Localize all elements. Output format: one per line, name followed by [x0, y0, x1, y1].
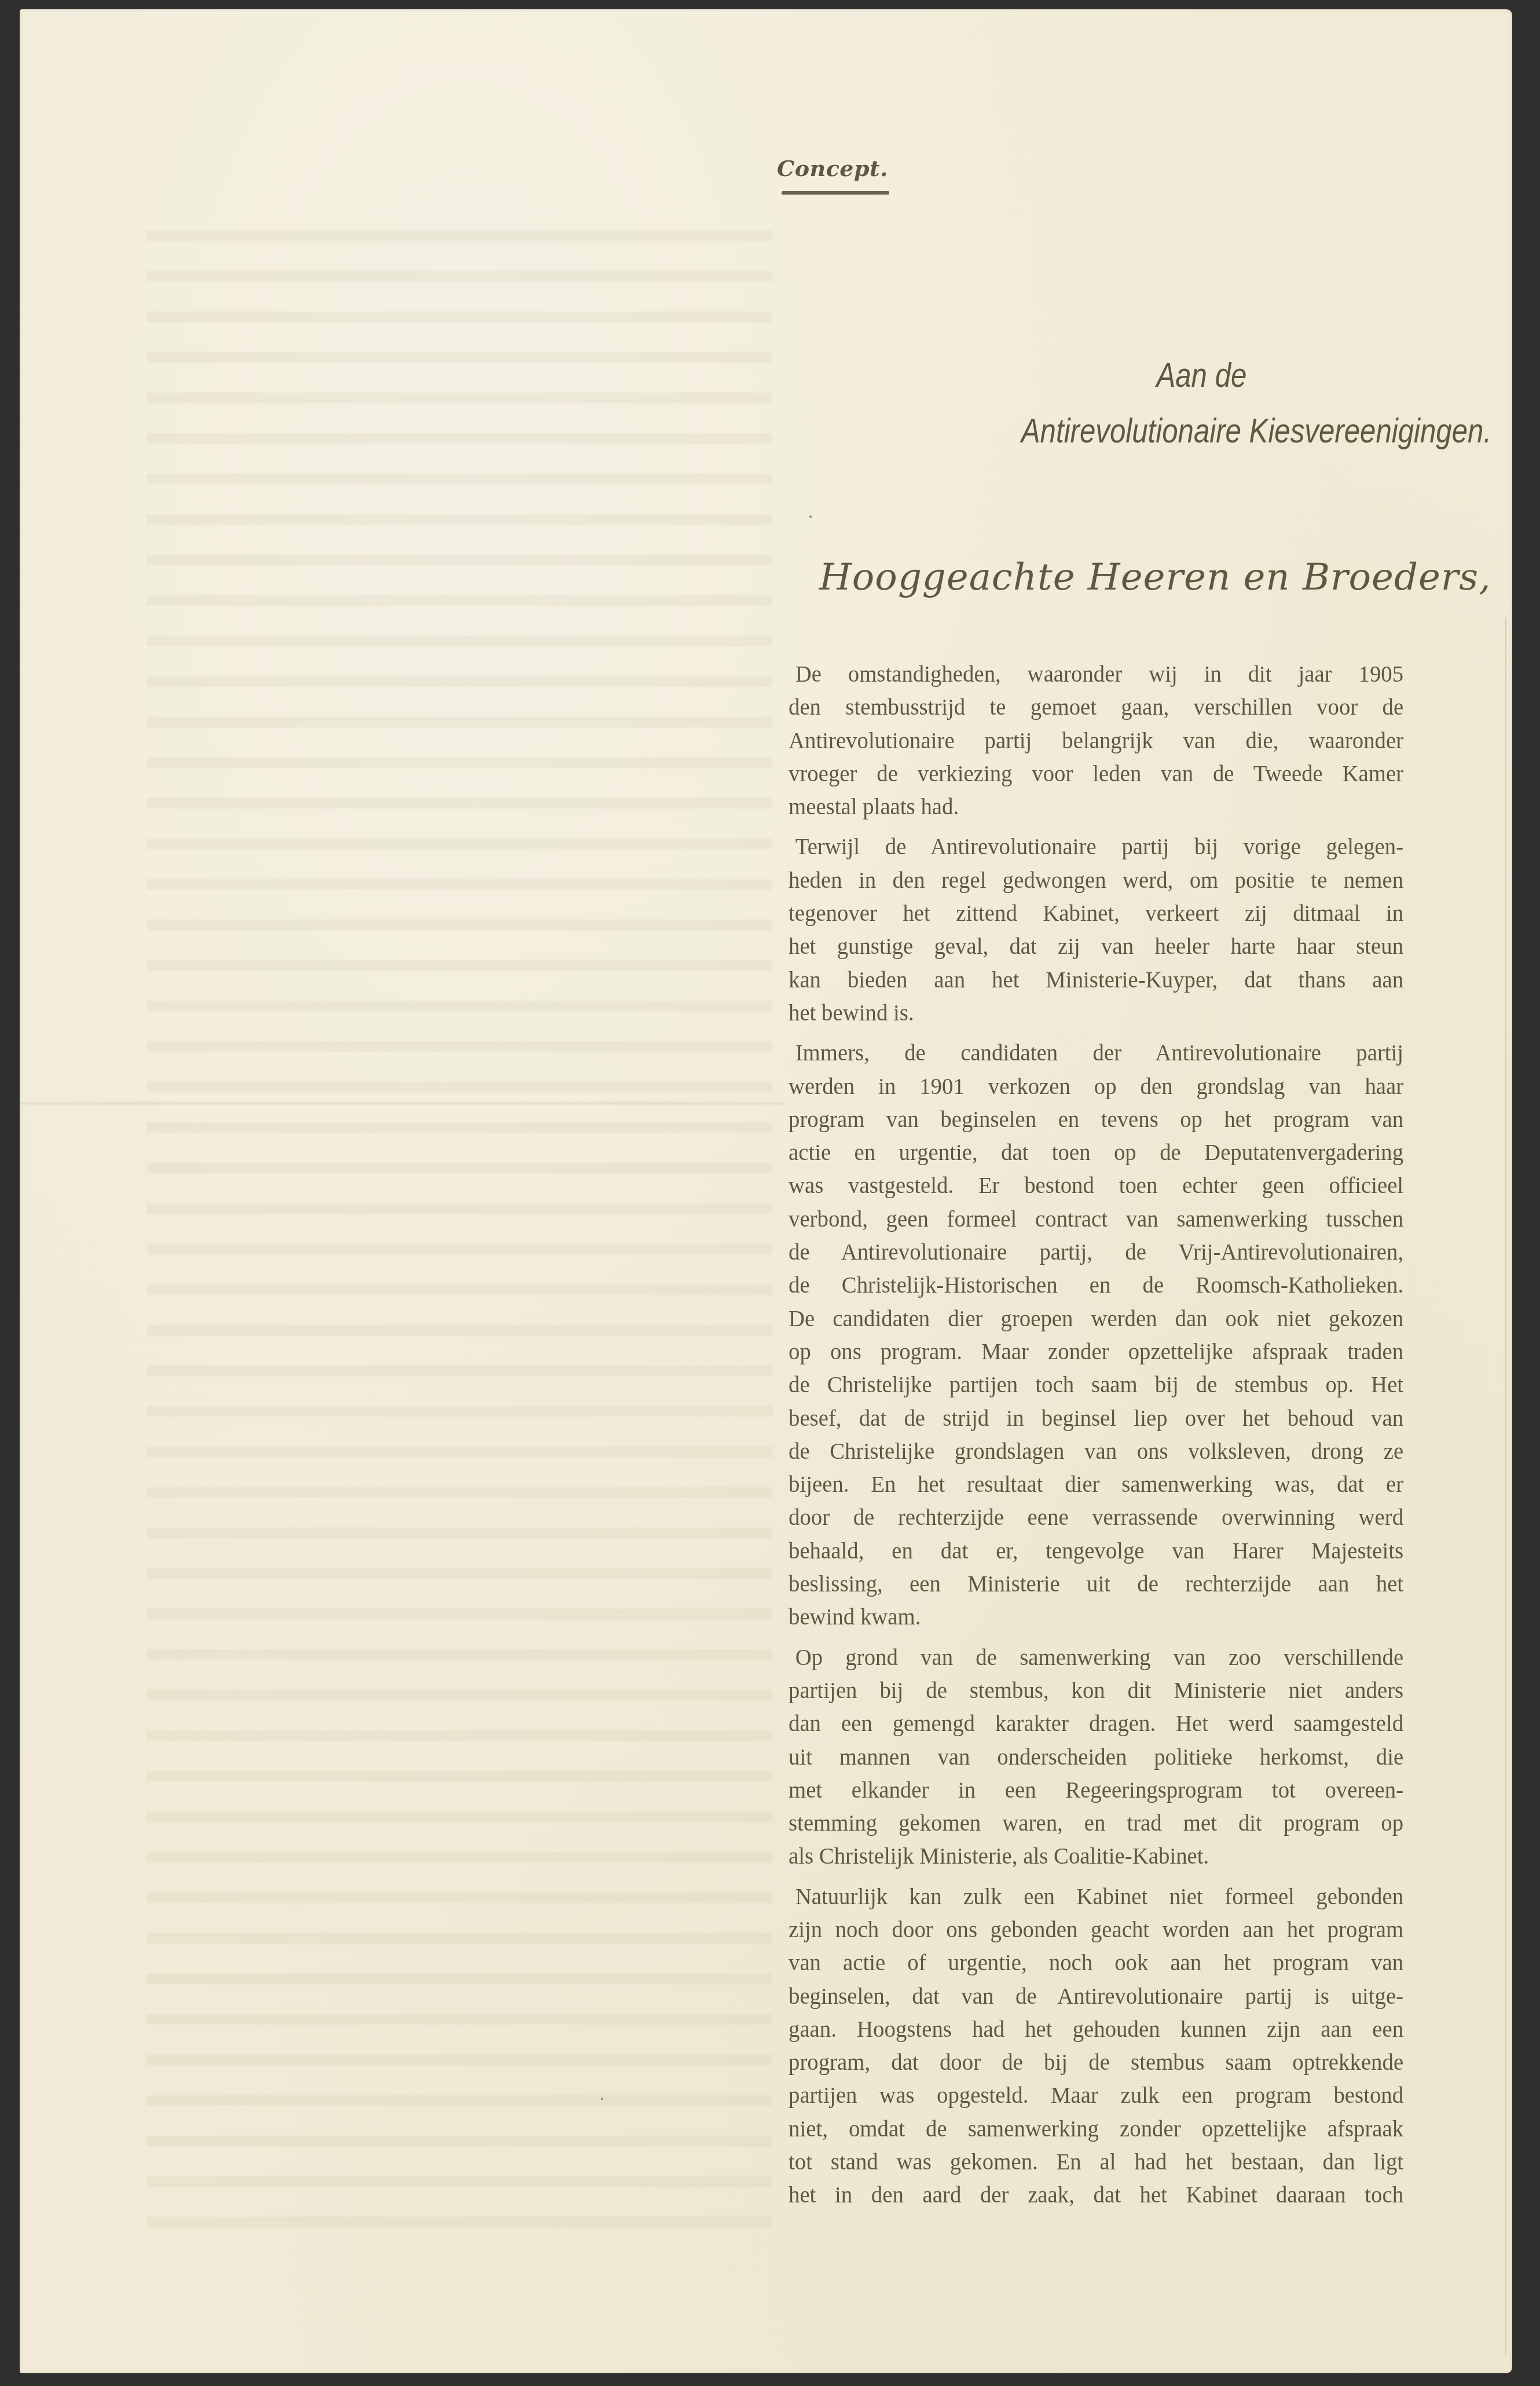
text-line: Op grond van de samenwerking van zoo ver…	[789, 1641, 1403, 1674]
text-line: behaald, en dat er, tengevolge van Harer…	[789, 1534, 1403, 1567]
paragraph: Terwijl de Antirevolutionaire partij bij…	[789, 830, 1403, 1029]
text-line: zijn noch door ons gebonden geacht worde…	[789, 1913, 1403, 1946]
text-line: Natuurlijk kan zulk een Kabinet niet for…	[789, 1880, 1403, 1913]
addressee-line-1: Aan de	[998, 347, 1406, 403]
text-line: met elkander in een Regeeringsprogram to…	[789, 1773, 1403, 1806]
text-line: van actie of urgentie, noch ook aan het …	[789, 1946, 1403, 1979]
paper-speck	[809, 515, 812, 518]
text-line: Antirevolutionaire partij belangrijk van…	[789, 724, 1403, 757]
salutation: Hooggeachte Heeren en Broeders,	[819, 556, 1456, 599]
text-line: kan bieden aan het Ministerie-Kuyper, da…	[789, 963, 1403, 996]
text-line: als Christelijk Ministerie, als Coalitie…	[789, 1839, 1403, 1872]
text-line: program, dat door de bij de stembus saam…	[789, 2045, 1403, 2078]
text-line: De omstandigheden, waaronder wij in dit …	[789, 657, 1403, 690]
text-line: verbond, geen formeel contract van samen…	[789, 1202, 1403, 1235]
text-line: werden in 1901 verkozen op den grondslag…	[789, 1070, 1403, 1103]
text-line: de Christelijk-Historischen en de Roomsc…	[789, 1268, 1403, 1301]
fold-crease	[20, 1101, 784, 1106]
text-line: Terwijl de Antirevolutionaire partij bij…	[789, 830, 1403, 863]
text-line: het bewind is.	[789, 996, 1403, 1029]
text-line: partijen was opgesteld. Maar zulk een pr…	[789, 2078, 1403, 2111]
letter-body: De omstandigheden, waaronder wij in dit …	[789, 657, 1403, 2219]
text-line: bijeen. En het resultaat dier samenwerki…	[789, 1468, 1403, 1501]
text-line: het in den aard der zaak, dat het Kabine…	[789, 2178, 1403, 2211]
text-line: actie en urgentie, dat toen op de Deputa…	[789, 1136, 1403, 1169]
text-line: door de rechterzijde eene verrassende ov…	[789, 1501, 1403, 1534]
scan-background: Concept. Aan de Antirevolutionaire Kiesv…	[0, 0, 1540, 2386]
concept-label: Concept.	[777, 155, 888, 181]
concept-underline	[782, 191, 889, 195]
text-line: gaan. Hoogstens had het gehouden kunnen …	[789, 2012, 1403, 2045]
text-line: niet, omdat de samenwerking zonder opzet…	[789, 2112, 1403, 2145]
addressee-heading: Aan de Antirevolutionaire Kiesvereenigin…	[1026, 347, 1406, 459]
text-line: partijen bij de stembus, kon dit Ministe…	[789, 1674, 1403, 1707]
page-edge	[1505, 617, 1506, 2355]
text-line: de Christelijke partijen toch saam bij d…	[789, 1368, 1403, 1401]
text-line: op ons program. Maar zonder opzettelijke…	[789, 1335, 1403, 1368]
paragraph: Op grond van de samenwerking van zoo ver…	[789, 1641, 1403, 1873]
text-line: De candidaten dier groepen werden dan oo…	[789, 1302, 1403, 1335]
paragraph: Immers, de candidaten der Antirevolution…	[789, 1036, 1403, 1633]
text-line: beginselen, dat van de Antirevolutionair…	[789, 1979, 1403, 2012]
text-line: vroeger de verkiezing voor leden van de …	[789, 757, 1403, 790]
text-line: meestal plaats had.	[789, 790, 1403, 823]
verso-show-through	[147, 218, 772, 2245]
text-line: het gunstige geval, dat zij van heeler h…	[789, 929, 1403, 963]
paragraph: Natuurlijk kan zulk een Kabinet niet for…	[789, 1880, 1403, 2212]
text-line: de Antirevolutionaire partij, de Vrij-An…	[789, 1235, 1403, 1268]
paragraph: De omstandigheden, waaronder wij in dit …	[789, 657, 1403, 823]
text-line: tot stand was gekomen. En al had het bes…	[789, 2145, 1403, 2178]
addressee-line-2: Antirevolutionaire Kiesvereenigingen.	[1021, 403, 1406, 459]
text-line: program van beginselen en tevens op het …	[789, 1103, 1403, 1136]
text-line: uit mannen van onderscheiden politieke h…	[789, 1740, 1403, 1773]
text-line: was vastgesteld. Er bestond toen echter …	[789, 1169, 1403, 1202]
text-line: bewind kwam.	[789, 1600, 1403, 1633]
text-line: den stembusstrijd te gemoet gaan, versch…	[789, 690, 1403, 723]
text-line: besef, dat de strijd in beginsel liep ov…	[789, 1401, 1403, 1434]
text-line: stemming gekomen waren, en trad met dit …	[789, 1806, 1403, 1839]
text-line: Immers, de candidaten der Antirevolution…	[789, 1036, 1403, 1069]
text-line: tegenover het zittend Kabinet, verkeert …	[789, 896, 1403, 929]
text-line: beslissing, een Ministerie uit de rechte…	[789, 1567, 1403, 1600]
paper-speck	[601, 2098, 603, 2100]
text-line: dan een gemengd karakter dragen. Het wer…	[789, 1707, 1403, 1740]
text-line: de Christelijke grondslagen van ons volk…	[789, 1434, 1403, 1468]
text-line: heden in den regel gedwongen werd, om po…	[789, 863, 1403, 896]
